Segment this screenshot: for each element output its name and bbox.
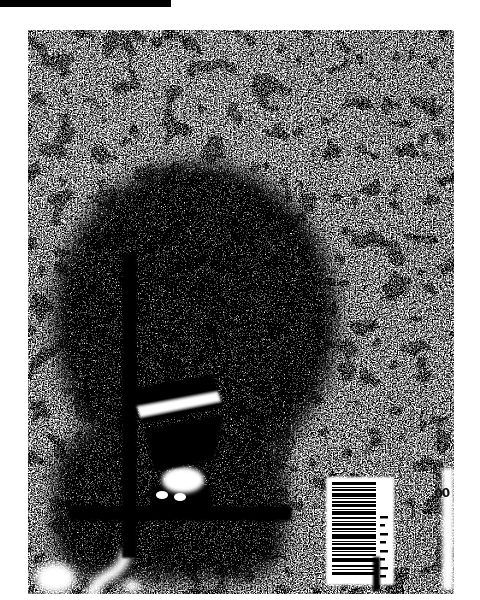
label-number: 00 [434,485,451,501]
photo-canvas: 00 [28,30,454,594]
scanned-page: { "banner": { "text": "Converted by Tiff… [0,0,480,600]
highlight-spot [162,467,204,493]
label-edge-shadow [373,557,380,591]
barcode-bars [332,482,376,575]
watermark-banner: Converted by Tiff Combine - (no stamps a… [0,0,171,7]
dithered-photo: 00 [28,30,454,594]
crossbar-shadow [68,506,292,521]
barcode-label [326,477,394,591]
